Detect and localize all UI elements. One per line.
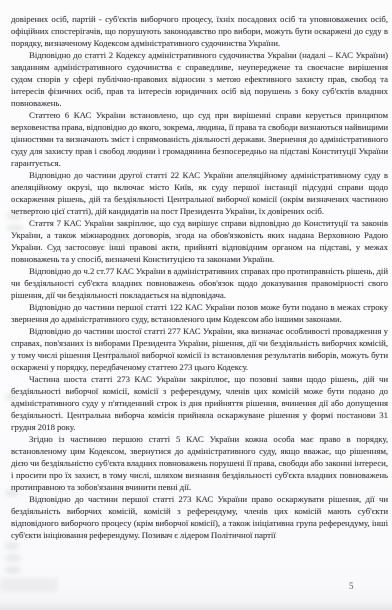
paragraph: Відповідно до частини першої статті 122 … bbox=[11, 301, 388, 325]
scan-artifact-smudge bbox=[5, 554, 21, 562]
paragraph: Відповідно до частини другої статті 22 К… bbox=[11, 169, 388, 217]
page-text: довірених осіб, партій - суб'єктів вибор… bbox=[11, 13, 388, 541]
paragraph: Відповідно до ч.2 ст.77 КАС України в ад… bbox=[11, 265, 388, 301]
paragraph: Частина шоста статті 273 КАС України зак… bbox=[11, 373, 388, 433]
scan-artifact-corner bbox=[0, 578, 58, 592]
scan-artifact-smudge bbox=[5, 542, 19, 550]
page-number: 5 bbox=[349, 581, 354, 591]
paragraph: Статтею 6 КАС України встановлено, що су… bbox=[11, 109, 388, 169]
paragraph: Відповідно до статті 2 Кодексу адміністр… bbox=[11, 49, 388, 109]
paragraph: Згідно із частиною першою статті 5 КАС У… bbox=[11, 433, 388, 493]
paragraph: Відповідно до частини шостої статті 277 … bbox=[11, 325, 388, 373]
paragraph: Стаття 7 КАС України закріплює, що суд в… bbox=[11, 217, 388, 265]
paragraph: Відповідно до частини першої статті 273 … bbox=[11, 493, 388, 541]
scan-artifact-smudge bbox=[5, 566, 21, 574]
paragraph: довірених осіб, партій - суб'єктів вибор… bbox=[11, 13, 388, 49]
scan-edge-shadow bbox=[0, 601, 392, 610]
document-page: довірених осіб, партій - суб'єктів вибор… bbox=[0, 0, 392, 610]
